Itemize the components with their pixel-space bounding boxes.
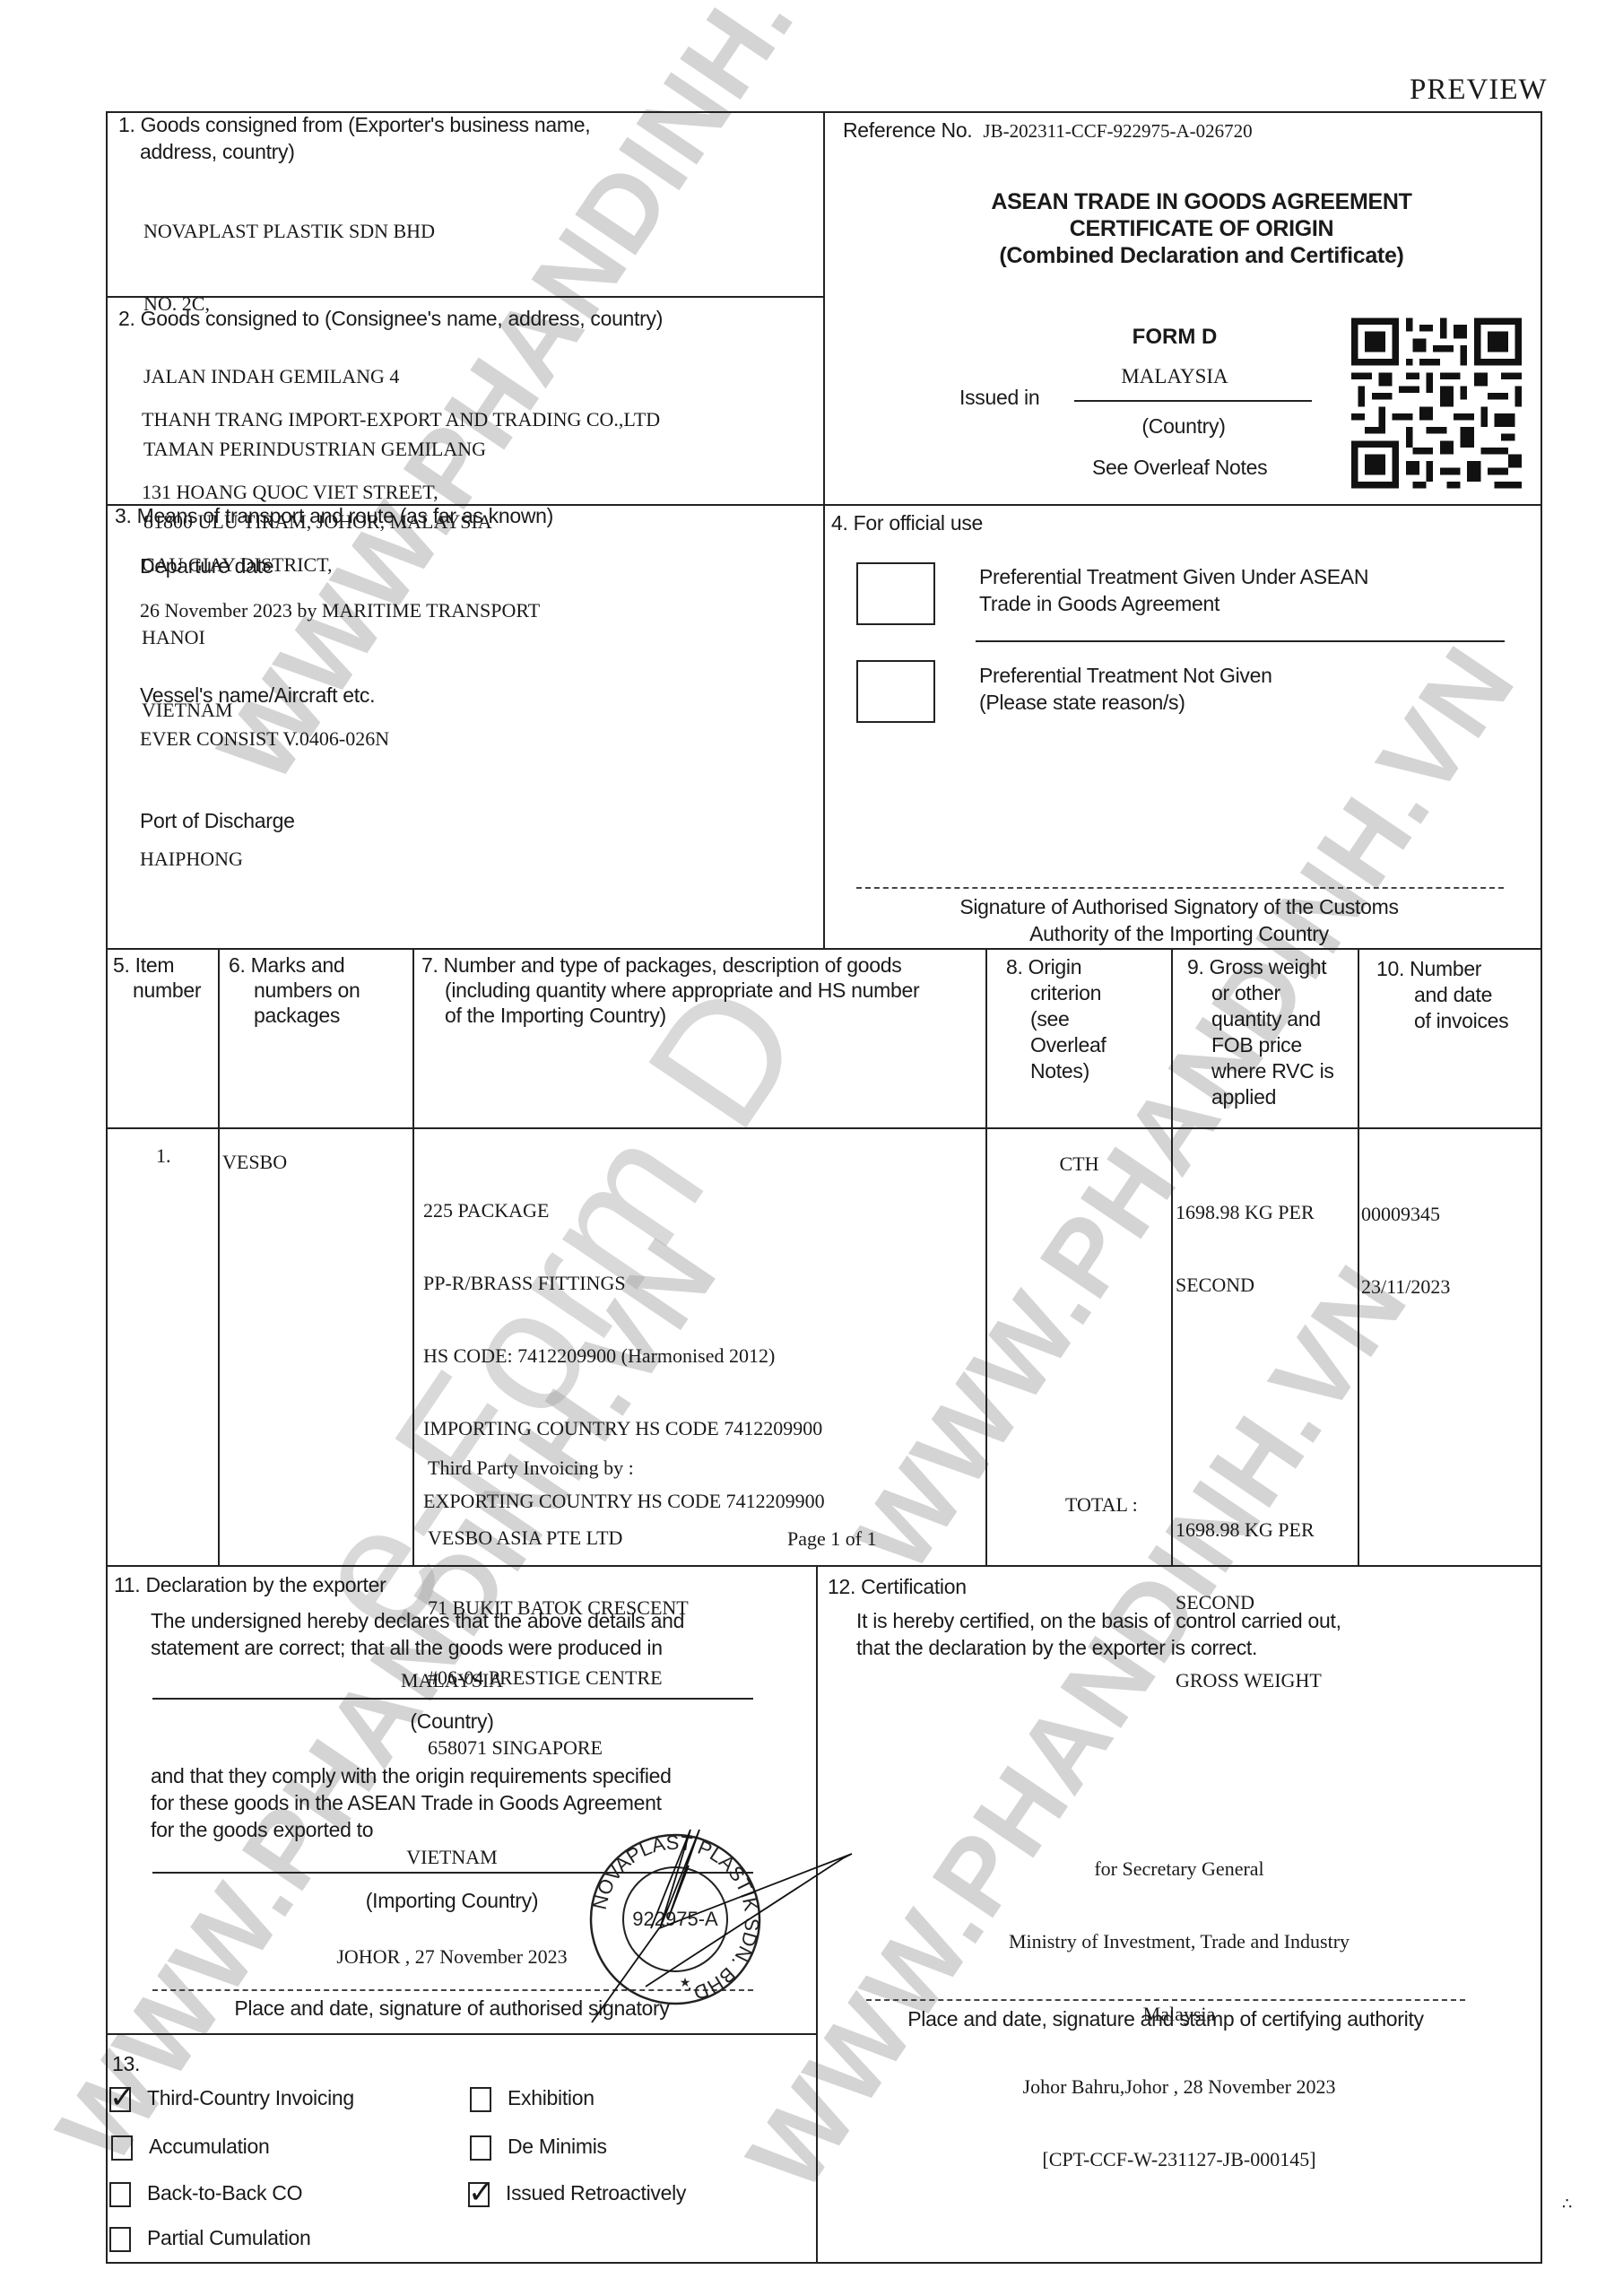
certification-line: It is hereby certified, on the basis of … bbox=[856, 1607, 1341, 1634]
qr-code-icon bbox=[1351, 316, 1522, 491]
checkbox-icon[interactable] bbox=[111, 2135, 133, 2161]
header-text: 5. Item bbox=[113, 952, 201, 978]
checkbox-icon[interactable] bbox=[109, 2182, 131, 2207]
preferential-given-label: Preferential Treatment Given Under ASEAN… bbox=[979, 563, 1368, 617]
header-text: quantity and bbox=[1187, 1006, 1334, 1032]
header-text: criterion bbox=[1006, 980, 1107, 1006]
description-line: 225 PACKAGE bbox=[423, 1198, 825, 1222]
item-number: 1. bbox=[156, 1144, 171, 1168]
overleaf-note: See Overleaf Notes bbox=[1092, 454, 1267, 481]
gross-weight-line: 1698.98 KG PER bbox=[1176, 1200, 1315, 1224]
preview-label: PREVIEW bbox=[1410, 74, 1548, 107]
preferential-given-line2: Trade in Goods Agreement bbox=[979, 590, 1368, 617]
marks-value: VESBO bbox=[222, 1150, 287, 1174]
header-text: FOB price bbox=[1187, 1032, 1334, 1058]
consignee-line: HANOI bbox=[142, 625, 660, 649]
authority-line: [CPT-CCF-W-231127-JB-000145] bbox=[915, 2147, 1444, 2171]
option-third-country-invoicing[interactable]: Third-Country Invoicing bbox=[109, 2086, 354, 2112]
header-text: of invoices bbox=[1376, 1008, 1508, 1034]
checkbox-icon[interactable] bbox=[470, 2135, 491, 2161]
box3-title: 3. Means of transport and route (as far … bbox=[115, 502, 553, 529]
divider-col5 bbox=[218, 948, 220, 1565]
header-gross-weight: 9. Gross weight or other quantity and FO… bbox=[1187, 954, 1334, 1110]
customs-signature-line1: Signature of Authorised Signatory of the… bbox=[861, 893, 1497, 920]
port-value: HAIPHONG bbox=[140, 847, 243, 871]
gross-weight-line: SECOND bbox=[1176, 1273, 1315, 1297]
certification-line: that the declaration by the exporter is … bbox=[856, 1634, 1341, 1661]
checkbox-icon[interactable] bbox=[470, 2087, 491, 2112]
box4-option-rule bbox=[976, 640, 1505, 642]
form-name: FORM D bbox=[1103, 325, 1246, 350]
option-accumulation[interactable]: Accumulation bbox=[111, 2135, 269, 2161]
page-indicator: Page 1 of 1 bbox=[787, 1526, 877, 1551]
header-text: 9. Gross weight bbox=[1187, 954, 1334, 980]
box12-title: 12. Certification bbox=[828, 1573, 967, 1600]
option-partial-cumulation[interactable]: Partial Cumulation bbox=[109, 2226, 311, 2252]
gross-weight-value: 1698.98 KG PER SECOND bbox=[1176, 1152, 1315, 1345]
checkbox-checked-icon[interactable] bbox=[109, 2087, 131, 2112]
option-label: Partial Cumulation bbox=[147, 2226, 311, 2249]
authority-signature-caption: Place and date, signature and stamp of c… bbox=[861, 2005, 1471, 2032]
customs-signature-line2: Authority of the Importing Country bbox=[861, 920, 1497, 947]
box4-title: 4. For official use bbox=[831, 509, 983, 536]
port-label: Port of Discharge bbox=[140, 807, 295, 834]
header-text: or other bbox=[1187, 980, 1334, 1006]
authority-line: Ministry of Investment, Trade and Indust… bbox=[915, 1929, 1444, 1953]
option-label: Issued Retroactively bbox=[506, 2181, 686, 2205]
heading-agreement: ASEAN TRADE IN GOODS AGREEMENT bbox=[915, 188, 1488, 215]
certification-text: It is hereby certified, on the basis of … bbox=[856, 1607, 1341, 1661]
option-label: Exhibition bbox=[508, 2086, 595, 2109]
issued-in-value: MALAYSIA bbox=[1076, 364, 1273, 388]
header-marks: 6. Marks and numbers on packages bbox=[229, 952, 360, 1028]
total-value: 1698.98 KG PER SECOND GROSS WEIGHT bbox=[1176, 1469, 1322, 1717]
reference-number: Reference No. JB-202311-CCF-922975-A-026… bbox=[843, 117, 1253, 143]
produced-country-value: MALAYSIA bbox=[151, 1668, 753, 1692]
divider-col7 bbox=[985, 948, 987, 1565]
third-party-line: Third Party Invoicing by : bbox=[428, 1457, 689, 1480]
departure-label: Departure date bbox=[140, 552, 273, 579]
preferential-given-line1: Preferential Treatment Given Under ASEAN bbox=[979, 563, 1368, 590]
produced-country-caption: (Country) bbox=[151, 1708, 753, 1735]
certifying-authority: for Secretary General Ministry of Invest… bbox=[915, 1808, 1444, 2196]
rule-table-header-bottom bbox=[106, 1127, 1542, 1129]
divider-top bbox=[823, 111, 825, 948]
header-text: packages bbox=[229, 1003, 360, 1028]
heading-combined: (Combined Declaration and Certificate) bbox=[915, 242, 1488, 269]
preferential-given-checkbox[interactable] bbox=[856, 562, 935, 625]
preferential-not-given-label: Preferential Treatment Not Given (Please… bbox=[979, 662, 1272, 716]
third-party-line: 658071 SINGAPORE bbox=[428, 1736, 689, 1760]
rule-table-bottom bbox=[106, 1565, 1542, 1567]
total-label: TOTAL : bbox=[1065, 1492, 1138, 1517]
reference-value: JB-202311-CCF-922975-A-026720 bbox=[983, 120, 1252, 142]
issued-in-caption: (Country) bbox=[1121, 413, 1246, 439]
box13-title: 13. bbox=[112, 2050, 140, 2077]
option-label: De Minimis bbox=[508, 2135, 607, 2158]
box1-title: 1. Goods consigned from (Exporter's busi… bbox=[118, 111, 590, 165]
consignee-name: THANH TRANG IMPORT-EXPORT AND TRADING CO… bbox=[142, 407, 660, 431]
origin-criterion-value: CTH bbox=[987, 1152, 1171, 1176]
certificate-heading: ASEAN TRADE IN GOODS AGREEMENT CERTIFICA… bbox=[915, 188, 1488, 269]
header-text: 10. Number bbox=[1376, 956, 1508, 982]
company-stamp-icon: NOVAPLAST PLASTIK SDN. BHD. 922975-A ★ bbox=[574, 1794, 861, 2045]
description-line: HS CODE: 7412209900 (Harmonised 2012) bbox=[423, 1344, 825, 1368]
header-text: Overleaf bbox=[1006, 1032, 1107, 1058]
issued-in-rule bbox=[1074, 400, 1312, 402]
compliance-line: and that they comply with the origin req… bbox=[151, 1762, 672, 1789]
issued-in-label: Issued in bbox=[959, 384, 1039, 411]
preferential-not-given-line2: (Please state reason/s) bbox=[979, 689, 1272, 716]
authority-line: Johor Bahru,Johor , 28 November 2023 bbox=[915, 2074, 1444, 2099]
authority-line: for Secretary General bbox=[915, 1857, 1444, 1881]
divider-col8 bbox=[1171, 948, 1173, 1565]
invoice-value: 00009345 23/11/2023 bbox=[1361, 1153, 1450, 1347]
total-value-line: GROSS WEIGHT bbox=[1176, 1668, 1322, 1692]
preferential-not-given-line1: Preferential Treatment Not Given bbox=[979, 662, 1272, 689]
header-text: 6. Marks and bbox=[229, 952, 360, 978]
header-text: (including quantity where appropriate an… bbox=[421, 978, 919, 1003]
invoice-number: 00009345 bbox=[1361, 1202, 1450, 1226]
checkbox-checked-icon[interactable] bbox=[468, 2182, 490, 2207]
option-label: Back-to-Back CO bbox=[147, 2181, 302, 2205]
declaration-text: The undersigned hereby declares that the… bbox=[151, 1607, 684, 1661]
option-de-minimis[interactable]: De Minimis bbox=[470, 2135, 607, 2161]
preferential-not-given-checkbox[interactable] bbox=[856, 660, 935, 723]
consignee-line: 131 HOANG QUOC VIET STREET, bbox=[142, 480, 660, 504]
vessel-value: EVER CONSIST V.0406-026N bbox=[140, 726, 389, 751]
rule-table-top bbox=[106, 948, 1542, 950]
exporter-name: NOVAPLAST PLASTIK SDN BHD bbox=[143, 219, 492, 243]
header-text: numbers on bbox=[229, 978, 360, 1003]
header-text: 8. Origin bbox=[1006, 954, 1107, 980]
header-text: where RVC is bbox=[1187, 1058, 1334, 1084]
scan-mark: ∴ bbox=[1562, 2195, 1572, 2213]
header-item-number: 5. Item number bbox=[113, 952, 201, 1003]
invoice-date: 23/11/2023 bbox=[1361, 1274, 1450, 1299]
reference-label: Reference No. bbox=[843, 118, 972, 142]
option-exhibition[interactable]: Exhibition bbox=[470, 2086, 595, 2112]
heading-certificate: CERTIFICATE OF ORIGIN bbox=[915, 215, 1488, 242]
box2-title: 2. Goods consigned to (Consignee's name,… bbox=[118, 305, 663, 332]
declaration-line: statement are correct; that all the good… bbox=[151, 1634, 684, 1661]
header-text: applied bbox=[1187, 1084, 1334, 1110]
option-back-to-back-co[interactable]: Back-to-Back CO bbox=[109, 2181, 302, 2207]
description-line: PP-R/BRASS FITTINGS bbox=[423, 1271, 825, 1295]
header-text: (see bbox=[1006, 1006, 1107, 1032]
box11-title: 11. Declaration by the exporter bbox=[114, 1571, 386, 1598]
header-origin-criterion: 8. Origin criterion (see Overleaf Notes) bbox=[1006, 954, 1107, 1084]
box1-title-line1: 1. Goods consigned from (Exporter's busi… bbox=[118, 111, 590, 138]
customs-signature-rule bbox=[856, 887, 1504, 889]
checkbox-icon[interactable] bbox=[109, 2227, 131, 2252]
divider-col6 bbox=[412, 948, 414, 1565]
vessel-label: Vessel's name/Aircraft etc. bbox=[140, 682, 375, 709]
produced-country-rule bbox=[152, 1698, 753, 1700]
option-label: Third-Country Invoicing bbox=[147, 2086, 354, 2109]
option-issued-retroactively[interactable]: Issued Retroactively bbox=[468, 2181, 686, 2207]
option-label: Accumulation bbox=[149, 2135, 269, 2158]
header-text: and date bbox=[1376, 982, 1508, 1008]
header-invoices: 10. Number and date of invoices bbox=[1376, 956, 1508, 1034]
departure-value: 26 November 2023 by MARITIME TRANSPORT bbox=[140, 598, 540, 622]
box1-title-line2: address, country) bbox=[118, 138, 590, 165]
customs-signature-caption: Signature of Authorised Signatory of the… bbox=[861, 893, 1497, 947]
header-text: of the Importing Country) bbox=[421, 1003, 919, 1028]
header-text: 7. Number and type of packages, descript… bbox=[421, 952, 919, 978]
divider-col9 bbox=[1358, 948, 1359, 1565]
header-text: Notes) bbox=[1006, 1058, 1107, 1084]
header-description: 7. Number and type of packages, descript… bbox=[421, 952, 919, 1028]
third-party-line: VESBO ASIA PTE LTD bbox=[428, 1526, 689, 1550]
declaration-line: The undersigned hereby declares that the… bbox=[151, 1607, 684, 1634]
header-text: number bbox=[113, 978, 201, 1003]
total-value-line: 1698.98 KG PER bbox=[1176, 1518, 1322, 1542]
authority-signature-rule bbox=[866, 1999, 1465, 2001]
star-icon: ★ bbox=[680, 1976, 691, 1990]
